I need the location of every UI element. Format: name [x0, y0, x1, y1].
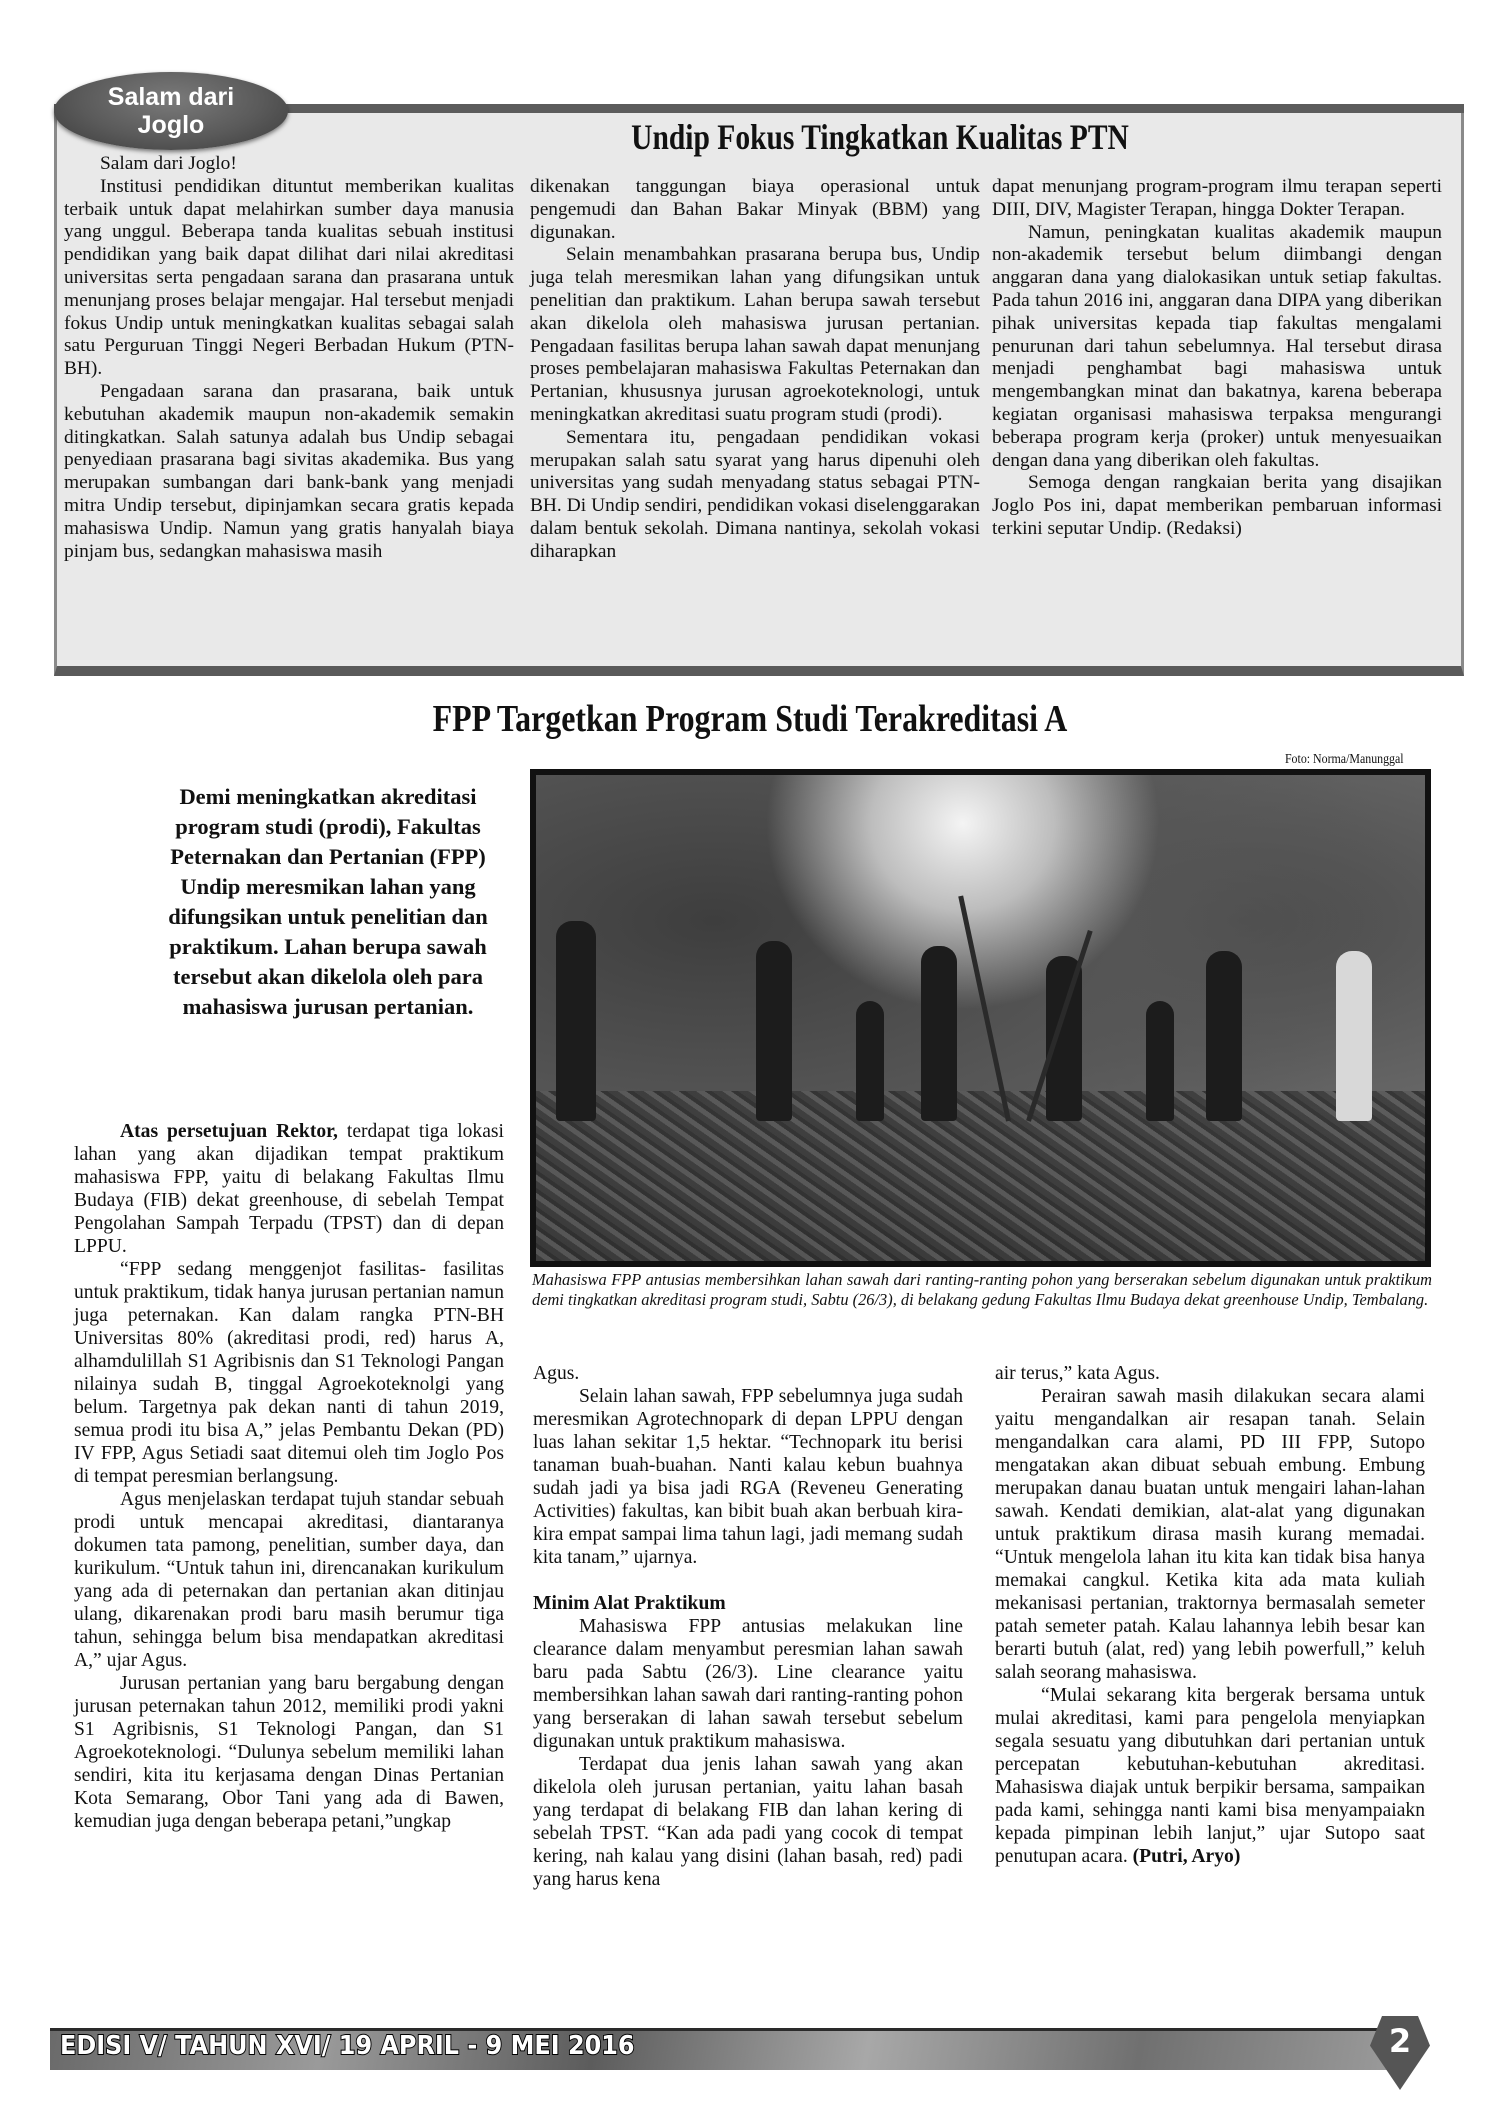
paragraph: Semoga dengan rangkaian berita yang disa… — [992, 472, 1442, 540]
paragraph: Namun, peningkatan kualitas akademik mau… — [992, 222, 1442, 473]
branch — [958, 896, 1011, 1122]
paragraph: air terus,” kata Agus. — [995, 1362, 1425, 1385]
paragraph-text: “Mulai sekarang kita bergerak bersama un… — [995, 1685, 1425, 1867]
paragraph: Selain menambahkan prasarana berupa bus,… — [530, 244, 980, 426]
page-number-badge: 2 — [1370, 2016, 1430, 2090]
article-photo — [530, 769, 1431, 1267]
editorial-column-3: dapat menunjang program-program ilmu ter… — [992, 176, 1442, 541]
paragraph: Mahasiswa FPP antusias melakukan line cl… — [533, 1615, 963, 1753]
person-figure — [1146, 1001, 1174, 1121]
paragraph: Selain lahan sawah, FPP sebelumnya juga … — [533, 1385, 963, 1569]
photo-credit: Foto: Norma/Manunggal — [1285, 752, 1404, 768]
article-column-2: Agus. Selain lahan sawah, FPP sebelumnya… — [533, 1362, 963, 1891]
article-headline: FPP Targetkan Program Studi Terakreditas… — [120, 697, 1380, 741]
paragraph: dapat menunjang program-program ilmu ter… — [992, 176, 1442, 222]
person-figure — [556, 921, 596, 1121]
article-lead: Demi meningkatkan akreditasi program stu… — [148, 782, 508, 1022]
person-figure — [1206, 951, 1242, 1121]
paragraph: Jurusan pertanian yang baru bergabung de… — [74, 1672, 504, 1833]
editorial-title: Undip Fokus Tingkatkan Kualitas PTN — [404, 116, 1355, 158]
paragraph: Agus. — [533, 1362, 963, 1385]
person-figure — [856, 1001, 884, 1121]
person-figure — [921, 946, 957, 1121]
section-badge: Salam dari Joglo — [54, 72, 288, 150]
badge-line-1: Salam dari — [108, 83, 234, 111]
photo-caption: Mahasiswa FPP antusias membersihkan laha… — [532, 1270, 1432, 1310]
subheading: Minim Alat Praktikum — [533, 1592, 963, 1615]
photo-ground — [536, 1091, 1425, 1261]
paragraph: Pengadaan sarana dan prasarana, baik unt… — [64, 381, 514, 563]
paragraph: Terdapat dua jenis lahan sawah yang akan… — [533, 1753, 963, 1891]
person-figure — [1336, 951, 1372, 1121]
paragraph: Agus menjelaskan terdapat tujuh standar … — [74, 1488, 504, 1672]
paragraph-lead-bold: Atas persetujuan Rektor, — [120, 1121, 338, 1142]
paragraph: Atas persetujuan Rektor, terdapat tiga l… — [74, 1120, 504, 1258]
paragraph: Sementara itu, pengadaan pendidikan voka… — [530, 427, 980, 564]
byline: (Putri, Aryo) — [1133, 1846, 1241, 1867]
editorial-column-2: dikenakan tanggungan biaya operasional u… — [530, 176, 980, 564]
badge-line-2: Joglo — [138, 111, 205, 139]
paragraph: dikenakan tanggungan biaya operasional u… — [530, 176, 980, 244]
editorial-column-1: Salam dari Joglo! Institusi pendidikan d… — [64, 153, 514, 563]
paragraph: Institusi pendidikan dituntut memberikan… — [64, 176, 514, 381]
article-column-3: air terus,” kata Agus. Perairan sawah ma… — [995, 1362, 1425, 1868]
paragraph: Perairan sawah masih dilakukan secara al… — [995, 1385, 1425, 1684]
article-column-1: Atas persetujuan Rektor, terdapat tiga l… — [74, 1120, 504, 1833]
paragraph: “Mulai sekarang kita bergerak bersama un… — [995, 1684, 1425, 1868]
person-figure — [756, 941, 792, 1121]
paragraph: “FPP sedang menggenjot fasilitas- fasili… — [74, 1258, 504, 1488]
page-number: 2 — [1389, 2022, 1411, 2060]
edition-info: EDISI V/ TAHUN XVI/ 19 APRIL - 9 MEI 201… — [60, 2031, 635, 2061]
